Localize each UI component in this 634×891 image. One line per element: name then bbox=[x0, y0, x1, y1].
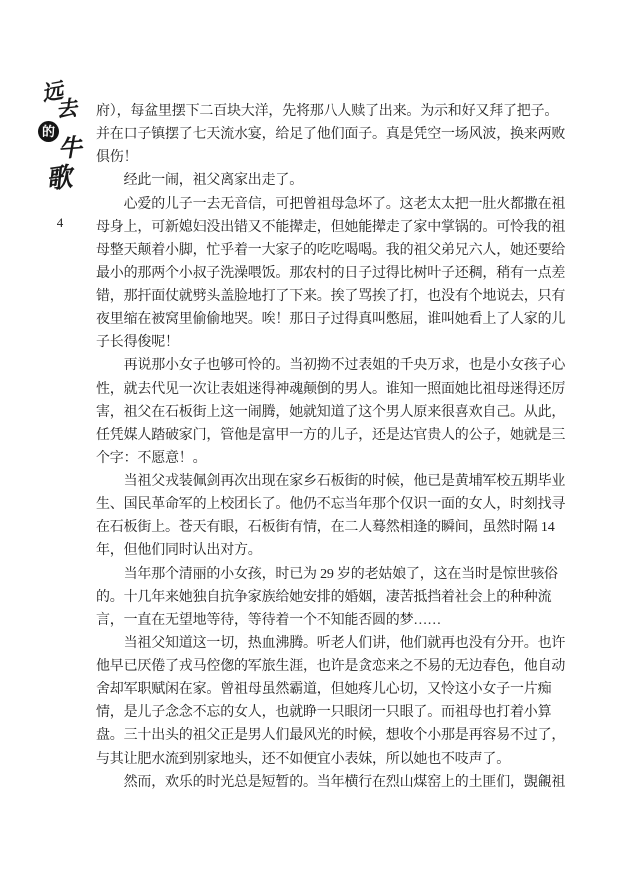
text-line: 并在口子镇摆了七天流水宴，给足了他们面子。真是凭空一场风波，换来两败 bbox=[96, 123, 568, 146]
text-line: 生、国民革命军的上校团长了。他仍不忘当年那个仅识一面的女人，时刻找寻 bbox=[96, 493, 568, 516]
page-text: 府），每盆里摆下二百块大洋，先将那八人赎了出来。为示和好又拜了把子。 并在口子镇… bbox=[96, 100, 568, 794]
text-line: 错，那扞面仗就劈头盖脸地打了下来。挨了骂挨了打，也没有个地说去，只有 bbox=[96, 285, 568, 308]
text-line: 夜里缩在被窝里偷偷地哭。唉！那日子过得真叫憋屈，谁叫她看上了人家的儿 bbox=[96, 308, 568, 331]
logo-char: 歌 bbox=[44, 164, 73, 193]
text-line: 舍却军职赋闲在家。曾祖母虽然霸道，但她疼儿心切，又怜这小女子一片痴 bbox=[96, 678, 568, 701]
text-line: 府），每盆里摆下二百块大洋，先将那八人赎了出来。为示和好又拜了把子。 bbox=[96, 100, 568, 123]
logo-char: 的 bbox=[42, 125, 55, 138]
text-line: 当年那个清丽的小女孩，时已为 29 岁的老姑娘了，这在当时是惊世骇俗 bbox=[96, 563, 568, 586]
text-line: 当祖父戎装佩剑再次出现在家乡石板街的时候，他已是黄埔军校五期毕业 bbox=[96, 470, 568, 493]
text-line: 最小的那两个小叔子洗澡喂饭。那农村的日子过得比树叶子还稠，稍有一点差 bbox=[96, 262, 568, 285]
text-line: 任凭媒人踏破家门，管他是富甲一方的儿子，还是达官贵人的公子，她就是三 bbox=[96, 424, 568, 447]
text-line: 母身上，可新媳妇没出错又不能撵走，但她能撵走了家中掌锅的。可怜我的祖 bbox=[96, 216, 568, 239]
text-line: 言，一直在无望地等待，等待着一个不知能否圆的梦…… bbox=[96, 609, 568, 632]
logo-char: 牛 bbox=[57, 136, 83, 162]
text-line: 心爱的儿子一去无音信，可把曾祖母急坏了。这老太太把一肚火都撒在祖 bbox=[96, 193, 568, 216]
logo-circle-badge: 的 bbox=[38, 121, 59, 142]
text-line: 的。十几年来她独自抗争家族给她安排的婚姻，凄苦抵挡着社会上的种种流 bbox=[96, 586, 568, 609]
text-line: 情，是儿子念念不忘的女人，也就睁一只眼闭一只眼了。而祖母也打着小算 bbox=[96, 701, 568, 724]
text-line: 然而，欢乐的时光总是短暂的。当年横行在烈山煤窑上的土匪们，覬覦祖 bbox=[96, 771, 568, 794]
text-line: 盘。三十出头的祖父正是男人们最风光的时候，想收个小那是再容易不过了， bbox=[96, 724, 568, 747]
text-line: 在石板街上。苍天有眼，石板街有情，在二人蓦然相逢的瞬间，虽然时隔 14 bbox=[96, 516, 568, 539]
text-line: 他早已厌倦了戎马倥偬的军旅生涯，也许是贪恋来之不易的无边春色，他自动 bbox=[96, 655, 568, 678]
text-line: 再说那小女子也够可怜的。当初拗不过表姐的千央万求，也是小女孩子心 bbox=[96, 354, 568, 377]
text-line: 与其让肥水流到别家地头，还不如便宜小表妹，所以她也不吱声了。 bbox=[96, 748, 568, 771]
page-number: 4 bbox=[50, 215, 70, 231]
text-line: 害，祖父在石板街上这一闹腾，她就知道了这个男人原来很喜欢自己。从此， bbox=[96, 401, 568, 424]
book-page: 远 去 的 牛 歌 4 府），每盆里摆下二百块大洋，先将那八人赎了出来。为示和好… bbox=[0, 0, 634, 891]
text-line: 年，但他们同时认出对方。 bbox=[96, 539, 568, 562]
book-logo: 远 去 的 牛 歌 bbox=[36, 80, 96, 215]
text-line: 经此一闹，祖父离家出走了。 bbox=[96, 169, 568, 192]
text-line: 母整天颠着小脚，忙乎着一大家子的吃吃喝喝。我的祖父弟兄六人，她还要给 bbox=[96, 239, 568, 262]
text-line: 个字：不愿意！。 bbox=[96, 447, 568, 470]
text-line: 当祖父知道这一切，热血沸腾。听老人们讲，他们就再也没有分开。也许 bbox=[96, 632, 568, 655]
text-line: 性，就去代见一次让表姐迷得神魂颠倒的男人。谁知一照面她比祖母迷得还厉 bbox=[96, 378, 568, 401]
logo-char: 去 bbox=[55, 98, 78, 121]
text-line: 俱伤！ bbox=[96, 146, 568, 169]
text-line: 子长得俊呢！ bbox=[96, 331, 568, 354]
